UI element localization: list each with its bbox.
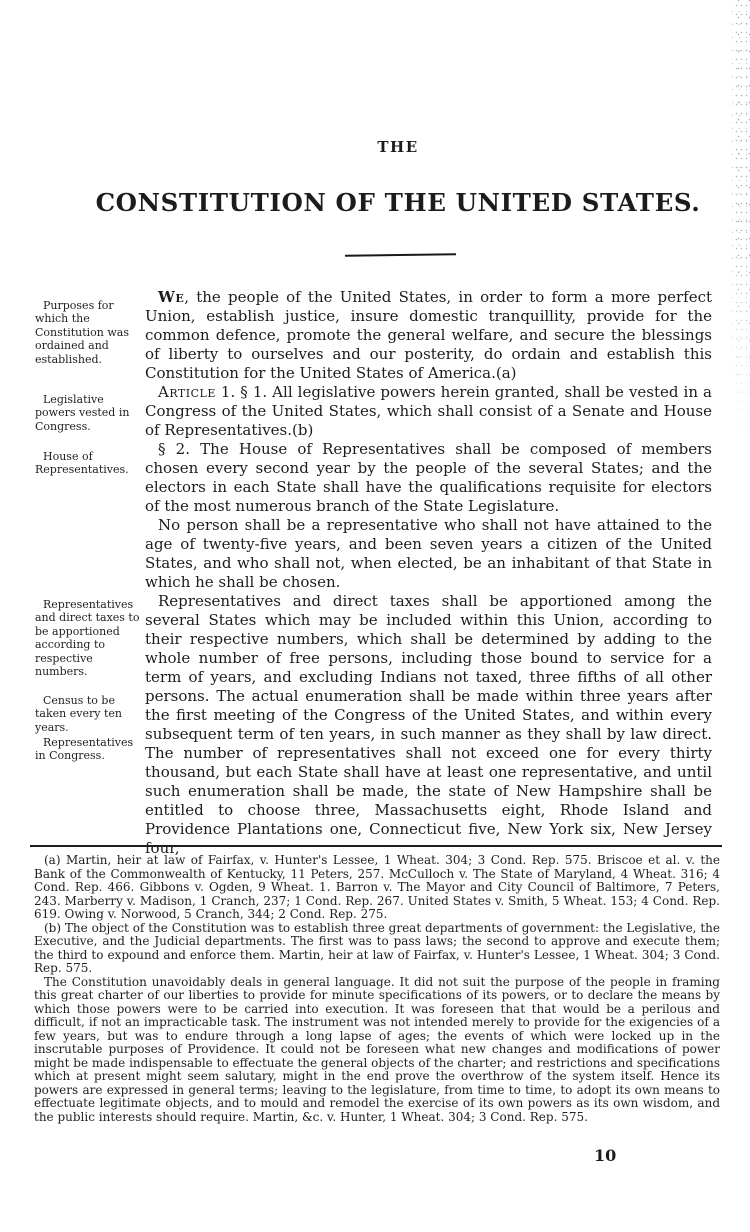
page-number: 10 — [594, 1146, 616, 1165]
scanned-book-page: THE CONSTITUTION OF THE UNITED STATES. P… — [0, 0, 750, 1232]
scan-noise — [732, 0, 750, 440]
paragraph-lead: Article — [158, 383, 216, 401]
footnote-b: (b) The object of the Constitution was t… — [34, 922, 720, 976]
half-title: THE — [23, 138, 750, 156]
paragraph-qualifications: No person shall be a representative who … — [145, 516, 712, 592]
margin-note-census: Census to be taken every ten years. — [35, 694, 141, 734]
margin-note-apportionment: Representatives and direct taxes to be a… — [35, 598, 141, 678]
paragraph-lead: We — [158, 288, 184, 306]
paragraph-text: No person shall be a representative who … — [145, 516, 712, 591]
paragraph-section-2: § 2. The House of Representatives shall … — [145, 440, 712, 516]
footnote-commentary: The Constitution unavoidably deals in ge… — [34, 976, 720, 1125]
footnote-a: (a) Martin, heir at law of Fairfax, v. H… — [34, 854, 720, 922]
margin-note-legislative-powers: Legislative powers vested in Congress. — [35, 393, 141, 433]
footnotes: (a) Martin, heir at law of Fairfax, v. H… — [34, 854, 720, 1124]
paragraph-article-1-section-1: Article 1. § 1. All legislative powers h… — [145, 383, 712, 440]
page-title: CONSTITUTION OF THE UNITED STATES. — [23, 188, 750, 217]
title-rule — [345, 253, 456, 257]
paragraph-text: , the people of the United States, in or… — [145, 288, 712, 382]
margin-note-representatives-in-congress: Representatives in Congress. — [35, 736, 141, 763]
footnote-divider — [30, 845, 722, 847]
paragraph-apportionment: Representatives and direct taxes shall b… — [145, 592, 712, 858]
paragraph-preamble: We, the people of the United States, in … — [145, 288, 712, 383]
margin-note-house-of-representatives: House of Representatives. — [35, 450, 141, 477]
paragraph-text: § 2. The House of Representatives shall … — [145, 440, 712, 515]
paragraph-text: 1. § 1. All legislative powers herein gr… — [145, 383, 712, 439]
margin-note-purposes: Purposes for which the Constitution was … — [35, 299, 141, 366]
body-text: We, the people of the United States, in … — [145, 288, 712, 858]
paragraph-text: Representatives and direct taxes shall b… — [145, 592, 712, 857]
